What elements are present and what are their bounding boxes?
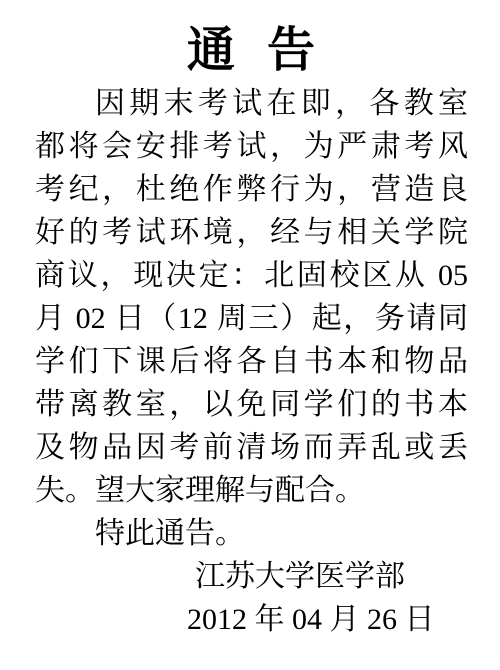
notice-title: 通 告 bbox=[35, 26, 468, 76]
body-line: 好的考试环境，经与相关学院 bbox=[35, 211, 468, 254]
notice-body: 因期末考试在即，各教室 都将会安排考试，为严肃考风 考纪，杜绝作弊行为，营造良 … bbox=[35, 82, 468, 555]
body-line: 带离教室，以免同学们的书本 bbox=[35, 383, 468, 426]
body-line: 考纪，杜绝作弊行为，营造良 bbox=[35, 168, 468, 211]
signature-line: 江苏大学医学部 bbox=[195, 555, 468, 598]
body-line: 及物品因考前清场而弄乱或丢 bbox=[35, 426, 468, 469]
body-line: 学们下课后将各自书本和物品 bbox=[35, 340, 468, 383]
body-line: 月 02 日（12 周三）起，务请同 bbox=[35, 297, 468, 340]
body-line: 失。望大家理解与配合。 bbox=[35, 469, 468, 512]
body-line: 都将会安排考试，为严肃考风 bbox=[35, 125, 468, 168]
body-line: 因期末考试在即，各教室 bbox=[35, 82, 468, 125]
notice-page: 通 告 因期末考试在即，各教室 都将会安排考试，为严肃考风 考纪，杜绝作弊行为，… bbox=[0, 0, 500, 670]
body-line: 特此通告。 bbox=[35, 512, 468, 555]
body-line: 商议，现决定：北固校区从 05 bbox=[35, 254, 468, 297]
date-line: 2012 年 04 月 26 日 bbox=[187, 598, 468, 641]
